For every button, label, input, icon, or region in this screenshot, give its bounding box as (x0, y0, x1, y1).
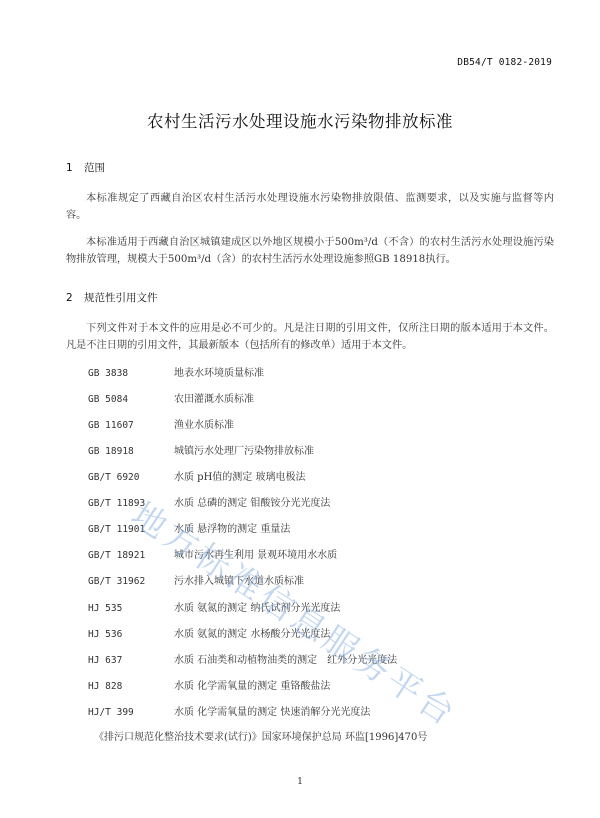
reference-item: GB 5084农田灌溉水质标准 (88, 390, 254, 405)
reference-title: 农田灌溉水质标准 (174, 390, 254, 405)
reference-code: HJ 828 (88, 681, 174, 692)
page-number: 1 (0, 776, 600, 787)
scope-paragraph-2: 本标准适用于西藏自治区城镇建成区以外地区规模小于500m³/d（不含）的农村生活… (66, 234, 554, 268)
reference-item: GB 18918城镇污水处理厂污染物排放标准 (88, 442, 314, 457)
reference-title: 水质 氨氮的测定 纳氏试剂分光光度法 (174, 599, 340, 614)
reference-code: HJ 637 (88, 655, 174, 666)
reference-title: 污水排入城镇下水道水质标准 (174, 572, 304, 587)
reference-code: GB 11607 (88, 420, 174, 431)
reference-title: 水质 化学需氧量的测定 快速消解分光光度法 (174, 703, 370, 718)
section-2-heading: 2规范性引用文件 (66, 290, 158, 305)
reference-code: GB/T 11893 (88, 498, 174, 509)
reference-item: GB/T 11901水质 悬浮物的测定 重量法 (88, 520, 290, 535)
section-1-heading: 1范围 (66, 160, 105, 175)
document-code: DB54/T 0182-2019 (457, 57, 552, 68)
reference-item: HJ 637水质 石油类和动植物油类的测定 红外分光光度法 (88, 651, 397, 666)
reference-item: GB/T 31962污水排入城镇下水道水质标准 (88, 572, 304, 587)
reference-item: GB/T 6920水质 pH值的测定 玻璃电极法 (88, 468, 305, 483)
reference-item: GB 3838地表水环境质量标准 (88, 364, 264, 379)
reference-item: GB 11607渔业水质标准 (88, 416, 234, 431)
reference-title: 渔业水质标准 (174, 416, 234, 431)
section-number: 2 (66, 292, 84, 304)
section-number: 1 (66, 162, 84, 174)
reference-item: HJ 535水质 氨氮的测定 纳氏试剂分光光度法 (88, 599, 340, 614)
section-title: 规范性引用文件 (84, 292, 158, 304)
extra-reference: 《排污口规范化整治技术要求(试行)》国家环境保护总局 环监[1996]470号 (94, 728, 427, 743)
reference-code: HJ/T 399 (88, 707, 174, 718)
reference-title: 水质 石油类和动植物油类的测定 红外分光光度法 (174, 651, 397, 666)
reference-code: GB 18918 (88, 446, 174, 457)
scope-paragraph-1: 本标准规定了西藏自治区农村生活污水处理设施水污染物排放限值、监测要求，以及实施与… (66, 190, 554, 224)
reference-title: 水质 总磷的测定 钼酸铵分光光度法 (174, 494, 330, 509)
reference-item: HJ 536水质 氨氮的测定 水杨酸分光光度法 (88, 625, 330, 640)
reference-title: 地表水环境质量标准 (174, 364, 264, 379)
reference-code: GB/T 31962 (88, 576, 174, 587)
reference-code: HJ 535 (88, 603, 174, 614)
reference-code: GB/T 18921 (88, 550, 174, 561)
reference-item: HJ/T 399水质 化学需氧量的测定 快速消解分光光度法 (88, 703, 370, 718)
reference-item: GB/T 18921城市污水再生利用 景观环境用水水质 (88, 546, 337, 561)
reference-title: 水质 化学需氧量的测定 重铬酸盐法 (174, 677, 330, 692)
references-intro-paragraph: 下列文件对于本文件的应用是必不可少的。凡是注日期的引用文件，仅所注日期的版本适用… (66, 320, 554, 354)
reference-code: GB 5084 (88, 394, 174, 405)
reference-title: 水质 pH值的测定 玻璃电极法 (174, 468, 305, 483)
reference-title: 城镇污水处理厂污染物排放标准 (174, 442, 314, 457)
section-title: 范围 (84, 162, 105, 174)
reference-code: HJ 536 (88, 629, 174, 640)
reference-code: GB/T 6920 (88, 472, 174, 483)
reference-code: GB/T 11901 (88, 524, 174, 535)
reference-item: HJ 828水质 化学需氧量的测定 重铬酸盐法 (88, 677, 330, 692)
reference-title: 城市污水再生利用 景观环境用水水质 (174, 546, 337, 561)
reference-code: GB 3838 (88, 368, 174, 379)
document-title: 农村生活污水处理设施水污染物排放标准 (0, 108, 600, 132)
reference-title: 水质 氨氮的测定 水杨酸分光光度法 (174, 625, 330, 640)
reference-title: 水质 悬浮物的测定 重量法 (174, 520, 290, 535)
reference-item: GB/T 11893水质 总磷的测定 钼酸铵分光光度法 (88, 494, 330, 509)
